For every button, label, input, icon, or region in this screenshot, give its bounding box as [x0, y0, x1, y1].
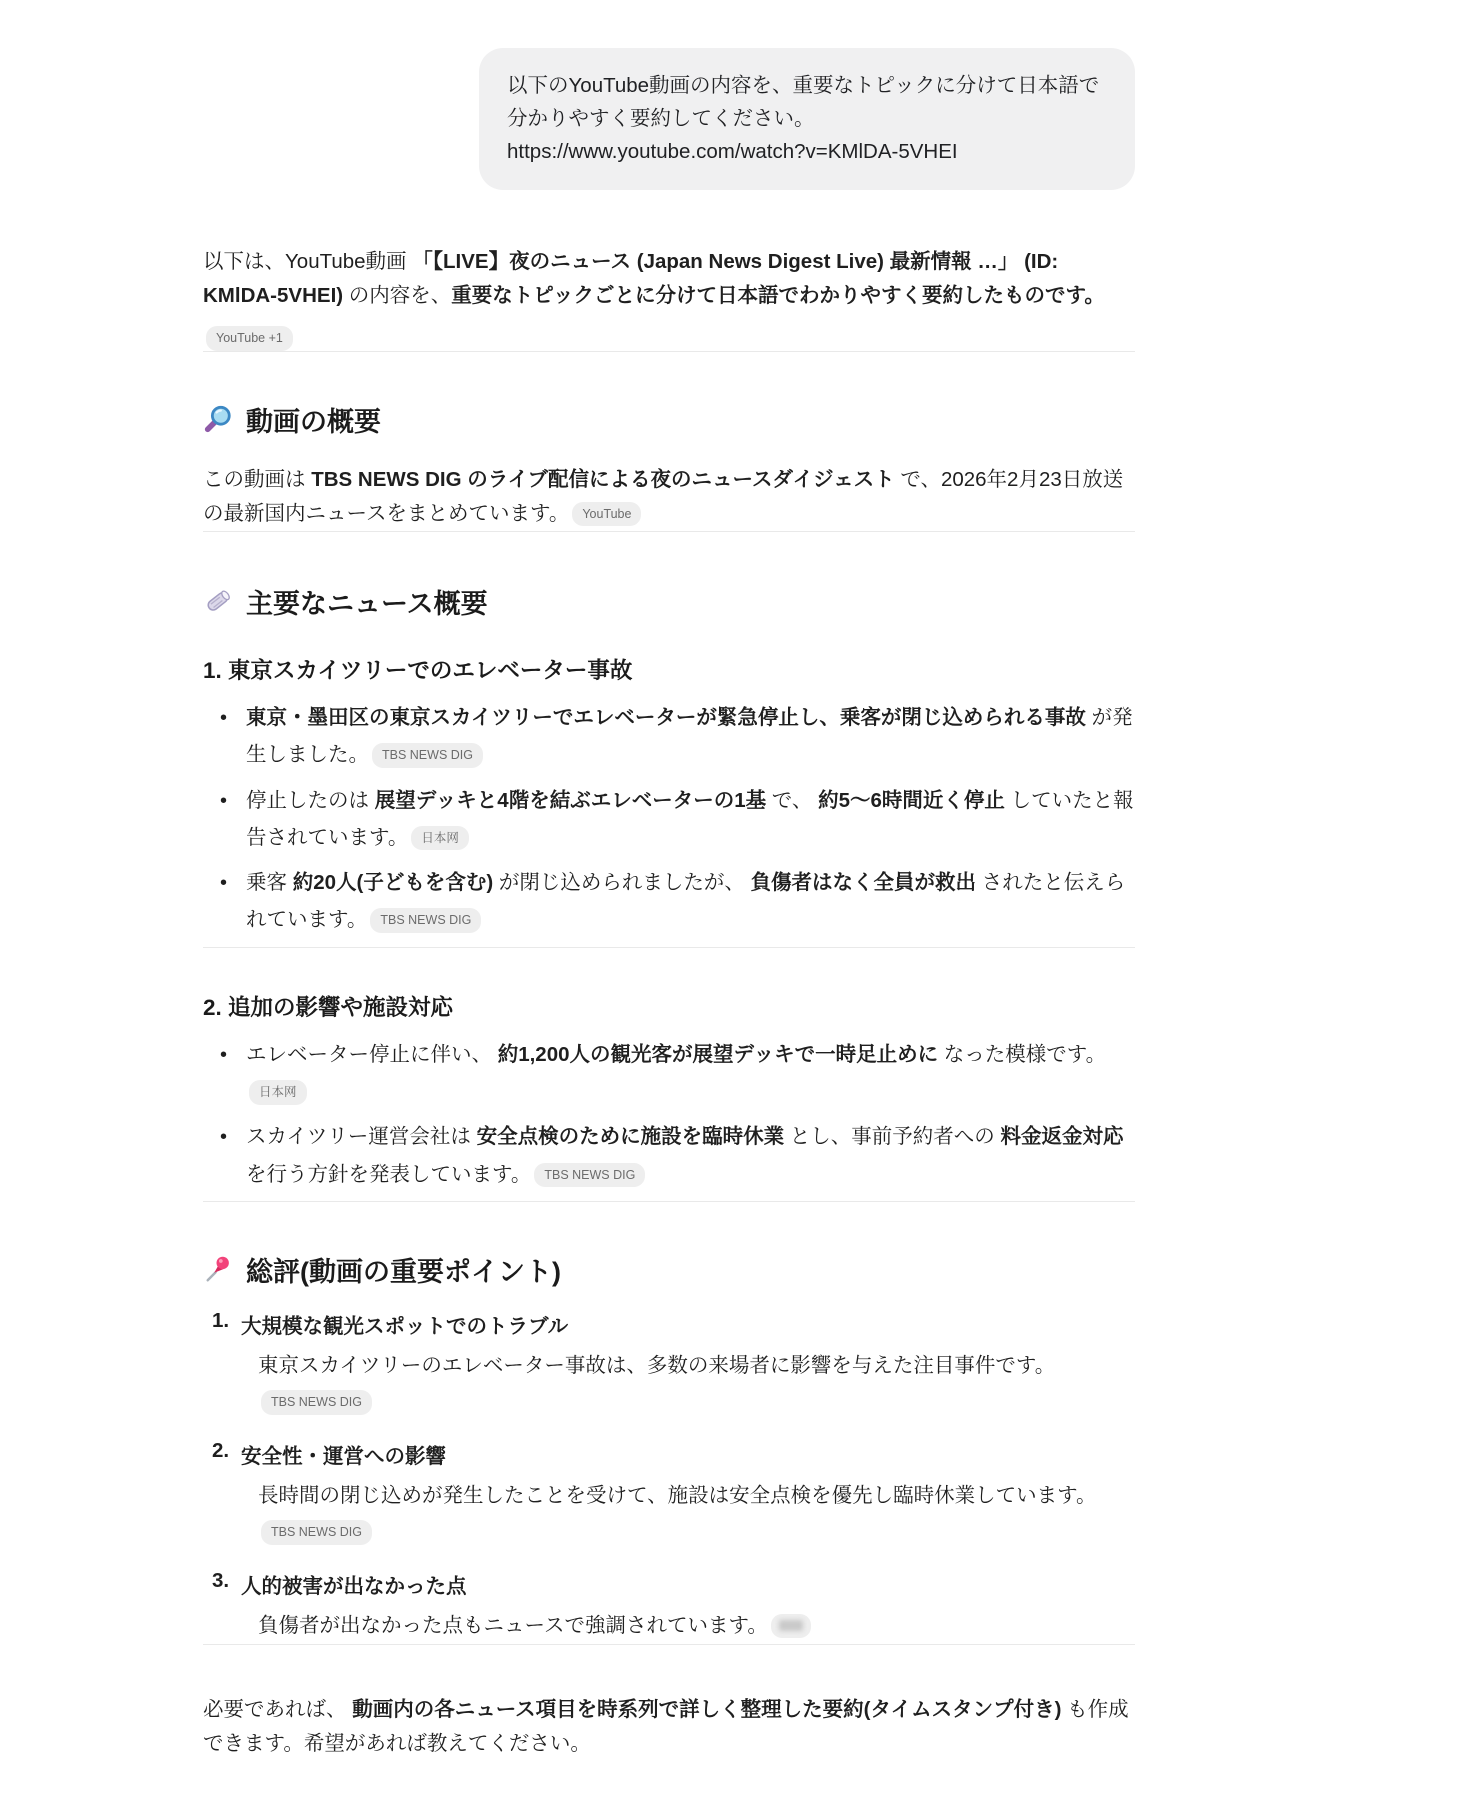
section-title-text: 動画の概要 — [246, 400, 381, 439]
citation-badge[interactable]: 日本网 — [411, 826, 469, 851]
item-body: 東京スカイツリーのエレベーター事故は、多数の来場者に影響を与えた注目事件です。T… — [203, 1348, 1135, 1421]
section-heading-overview: 動画の概要 — [203, 400, 1135, 439]
user-message-row: 以下のYouTube動画の内容を、重要なトピックに分けて日本語で分かりやすく要約… — [203, 0, 1135, 190]
item-title: 安全性・運営への影響 — [241, 1439, 446, 1469]
citation-badge[interactable]: YouTube — [572, 502, 641, 527]
section-title-text: 主要なニュース概要 — [246, 582, 488, 621]
citation-badge[interactable]: TBS NEWS DIG — [261, 1520, 372, 1545]
section-divider — [203, 351, 1135, 352]
item-number: 1. — [203, 1309, 241, 1339]
section-divider — [203, 947, 1135, 948]
item-title: 人的被害が出なかった点 — [241, 1569, 467, 1599]
list-item: 3. 人的被害が出なかった点 負傷者が出なかった点もニュースで強調されています。 — [203, 1569, 1135, 1644]
section-heading-news: 主要なニュース概要 — [203, 582, 1135, 621]
item-body: 長時間の閉じ込めが発生したことを受けて、施設は安全点検を優先し臨時休業しています… — [203, 1478, 1135, 1551]
answer-intro: 以下は、YouTube動画 「【LIVE】夜のニュース (Japan News … — [203, 245, 1135, 313]
citation-badge[interactable]: TBS NEWS DIG — [261, 1390, 372, 1415]
citation-badge[interactable]: 日本网 — [249, 1080, 307, 1105]
sources-badge[interactable]: YouTube +1 — [206, 326, 293, 351]
section-divider — [203, 1201, 1135, 1202]
list-item: 2. 安全性・運営への影響 長時間の閉じ込めが発生したことを受けて、施設は安全点… — [203, 1439, 1135, 1551]
section-divider — [203, 531, 1135, 532]
conversation: 以下のYouTube動画の内容を、重要なトピックに分けて日本語で分かりやすく要約… — [203, 0, 1135, 1809]
sources-badge-row: YouTube +1 — [203, 326, 1135, 351]
citation-badge[interactable]: TBS NEWS DIG — [534, 1163, 645, 1188]
section-heading-summary: 総評(動画の重要ポイント) — [203, 1250, 1135, 1289]
list-item: 停止したのは 展望デッキと4階を結ぶエレベーターの1基 で、 約5〜6時間近く停… — [203, 782, 1135, 857]
pushpin-icon — [203, 1254, 233, 1284]
section-divider — [203, 1644, 1135, 1645]
item-title: 大規模な観光スポットでのトラブル — [241, 1309, 568, 1339]
news-subheading-2: 2. 追加の影響や施設対応 — [203, 990, 1135, 1022]
list-item: 1. 大規模な観光スポットでのトラブル 東京スカイツリーのエレベーター事故は、多… — [203, 1309, 1135, 1421]
news-subheading-1: 1. 東京スカイツリーでのエレベーター事故 — [203, 653, 1135, 685]
citation-badge[interactable]: TBS NEWS DIG — [370, 908, 481, 933]
user-message-text: 以下のYouTube動画の内容を、重要なトピックに分けて日本語で分かりやすく要約… — [507, 70, 1107, 136]
item-body: 負傷者が出なかった点もニュースで強調されています。 — [203, 1608, 1135, 1644]
list-item: エレベーター停止に伴い、 約1,200人の観光客が展望デッキで一時足止めに なっ… — [203, 1036, 1135, 1111]
list-item: 東京・墨田区の東京スカイツリーでエレベーターが緊急停止し、乗客が閉じ込められる事… — [203, 699, 1135, 774]
news-bullet-list-2: エレベーター停止に伴い、 約1,200人の観光客が展望デッキで一時足止めに なっ… — [203, 1036, 1135, 1193]
summary-list: 1. 大規模な観光スポットでのトラブル 東京スカイツリーのエレベーター事故は、多… — [203, 1309, 1135, 1644]
list-item: スカイツリー運営会社は 安全点検のために施設を臨時休業 とし、事前予約者への 料… — [203, 1118, 1135, 1193]
closing-paragraph: 必要であれば、 動画内の各ニュース項目を時系列で詳しく整理した要約(タイムスタン… — [203, 1693, 1135, 1809]
overview-body: この動画は TBS NEWS DIG のライブ配信による夜のニュースダイジェスト… — [203, 463, 1135, 531]
list-item: 乗客 約20人(子どもを含む) が閉じ込められましたが、 負傷者はなく全員が救出… — [203, 864, 1135, 939]
citation-badge-blurred[interactable] — [771, 1614, 811, 1639]
item-number: 3. — [203, 1569, 241, 1599]
user-message-url: https://www.youtube.com/watch?v=KMlDA-5V… — [507, 136, 1107, 169]
user-message-bubble: 以下のYouTube動画の内容を、重要なトピックに分けて日本語で分かりやすく要約… — [479, 48, 1135, 190]
item-number: 2. — [203, 1439, 241, 1469]
news-bullet-list-1: 東京・墨田区の東京スカイツリーでエレベーターが緊急停止し、乗客が閉じ込められる事… — [203, 699, 1135, 939]
newspaper-icon — [203, 586, 233, 616]
citation-badge[interactable]: TBS NEWS DIG — [372, 743, 483, 768]
section-title-text: 総評(動画の重要ポイント) — [246, 1250, 561, 1289]
magnifier-icon — [203, 404, 233, 434]
